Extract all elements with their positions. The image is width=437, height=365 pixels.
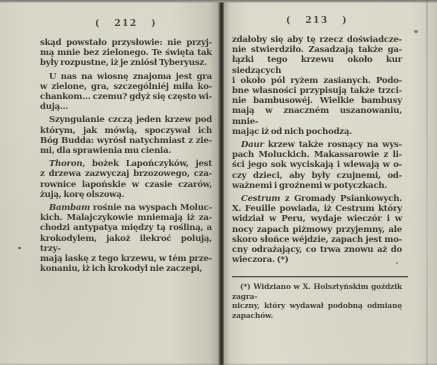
paragraph: Szyngulanie czczą jeden krzew podktórym,… — [40, 115, 212, 156]
book-scan: ( 212 ) skąd powstało przysłowie: nie pr… — [0, 0, 437, 365]
italic-lead-word: Bambam — [49, 203, 90, 213]
text-line: z drzewa zazwyczaj brzozowego, cza- — [40, 169, 212, 179]
paragraph: skąd powstało przysłowie: nie przyj-mą m… — [40, 38, 212, 69]
text-line: Daur krzew także rosnący na wys- — [232, 140, 402, 150]
text-line: i około pól ryżem zasianych. Podo- — [232, 76, 402, 86]
right-page-text: zdałoby się aby tę rzecz doświadcze-nie … — [232, 35, 402, 265]
text-line: ści jego sok wyciskają i wlewają w o- — [232, 160, 402, 170]
right-page: ( 213 ) zdałoby się aby tę rzecz doświad… — [224, 0, 437, 365]
scan-artifact — [396, 262, 398, 264]
page-edge-crease — [426, 0, 428, 365]
left-page: ( 212 ) skąd powstało przysłowie: nie pr… — [0, 0, 220, 365]
text-line: nie stwierdziło. Zasadzają także ga- — [232, 45, 402, 55]
text-line: mając iż od nich pochodzą. — [232, 127, 402, 137]
right-page-column: ( 213 ) zdałoby się aby tę rzecz doświad… — [232, 16, 402, 320]
paragraph: Thoron, bożek Lapończyków, jestz drzewa … — [40, 159, 212, 200]
text-line: łązki tego krzewu około kur siedzących — [232, 55, 402, 75]
footnote-line: niczny, który wydawał podobną odmianę za… — [232, 301, 402, 320]
text-line: czy dzieci, aby były czujnemi, od- — [232, 171, 402, 181]
scan-artifact — [18, 247, 21, 249]
scan-top-edge — [0, 0, 437, 3]
text-line: Thoron, bożek Lapończyków, jest — [40, 159, 212, 169]
text-line: bne własności przypisują także trzci- — [232, 86, 402, 96]
text-line: widział w Peru, wydaje wieczór i w — [232, 214, 402, 224]
text-line: nocy zapach piżmowy przyjemny, ale — [232, 225, 402, 235]
left-page-text: skąd powstało przysłowie: nie przyj-mą m… — [40, 38, 212, 274]
text-line: konaniu, iż ich krokodyl nie zaczepi, — [40, 264, 212, 274]
text-line: U nas na wiosnę znajoma jest gra — [40, 72, 212, 82]
text-line: nie bambusowéj. Wielkie bambusy — [232, 96, 402, 106]
text-line: którym, jak mówią, spoczywał ich — [40, 126, 212, 136]
right-page-number: ( 213 ) — [232, 16, 402, 26]
text-line: ważnemi i groźnemi w potyczkach. — [232, 181, 402, 191]
text-line: X. Feuille powiada, iż Cestrum który — [232, 204, 402, 214]
paragraph: U nas na wiosnę znajoma jest graw zielon… — [40, 72, 212, 113]
text-line: skąd powstało przysłowie: nie przyj- — [40, 38, 212, 48]
text-line: żują, korę olszową. — [40, 190, 212, 200]
left-page-column: ( 212 ) skąd powstało przysłowie: nie pr… — [40, 19, 212, 274]
text-line: były rozpustne, iż je zniósł Tyberyusz. — [40, 58, 212, 68]
text-line: mą mnie bez zielonego. Te święta tak — [40, 48, 212, 58]
paragraph: Cestrum z Gromady Psiankowych.X. Feuille… — [232, 194, 402, 265]
text-line: pach Moluckich. Makassarowie z li- — [232, 150, 402, 160]
paragraph: zdałoby się aby tę rzecz doświadcze-nie … — [232, 35, 402, 137]
text-line: mają w znaczném uszanowaniu, mnie- — [232, 106, 402, 126]
text-line: kich. Malajczykowie mniemają iż za- — [40, 213, 212, 223]
text-line: krokodylem, jakoż ilekroć polują, trzy- — [40, 234, 212, 254]
italic-lead-word: Thoron — [49, 159, 82, 169]
italic-lead-word: Cestrum — [241, 194, 280, 204]
scan-artifact — [414, 30, 418, 33]
text-line: skoro słońce wéjdzie, zapach jest mo- — [232, 235, 402, 245]
footnote: (*) Widziano w X. Holsztyńskim goździk z… — [232, 276, 402, 320]
text-line: w zielone, gra, szczególniéj miła ko- — [40, 82, 212, 92]
footnote-rule — [232, 276, 408, 277]
text-line: dują... — [40, 102, 212, 112]
text-line: zdałoby się aby tę rzecz doświadcze- — [232, 35, 402, 45]
text-line: cny odrażający, co trwa znowu aż do — [232, 245, 402, 255]
left-page-number: ( 212 ) — [40, 19, 212, 29]
text-line: Cestrum z Gromady Psiankowych. — [232, 194, 402, 204]
paragraph: Bambam rośnie na wyspach Moluc-kich. Mal… — [40, 203, 212, 274]
paragraph: Daur krzew także rosnący na wys-pach Mol… — [232, 140, 402, 191]
text-line: chankom... czemu? gdyż się często wi- — [40, 92, 212, 102]
text-line: Bambam rośnie na wyspach Moluc- — [40, 203, 212, 213]
text-line: Szyngulanie czczą jeden krzew pod — [40, 115, 212, 125]
text-line: wieczora. (*) — [232, 255, 402, 265]
text-line: Bóg Budda: wyrósł natychmiast z zie- — [40, 136, 212, 146]
footnote-line: (*) Widziano w X. Holsztyńskim goździk z… — [232, 282, 402, 301]
text-line: rownice lapońskie w czasie czarów, — [40, 180, 212, 190]
text-line: mają laskę z tego krzewu, w tém prze- — [40, 254, 212, 264]
text-line: chodzi antypatya między tą rośliną, a — [40, 223, 212, 233]
text-line: mi, dla sprawienia mu cienia. — [40, 146, 212, 156]
italic-lead-word: Daur — [241, 140, 264, 150]
